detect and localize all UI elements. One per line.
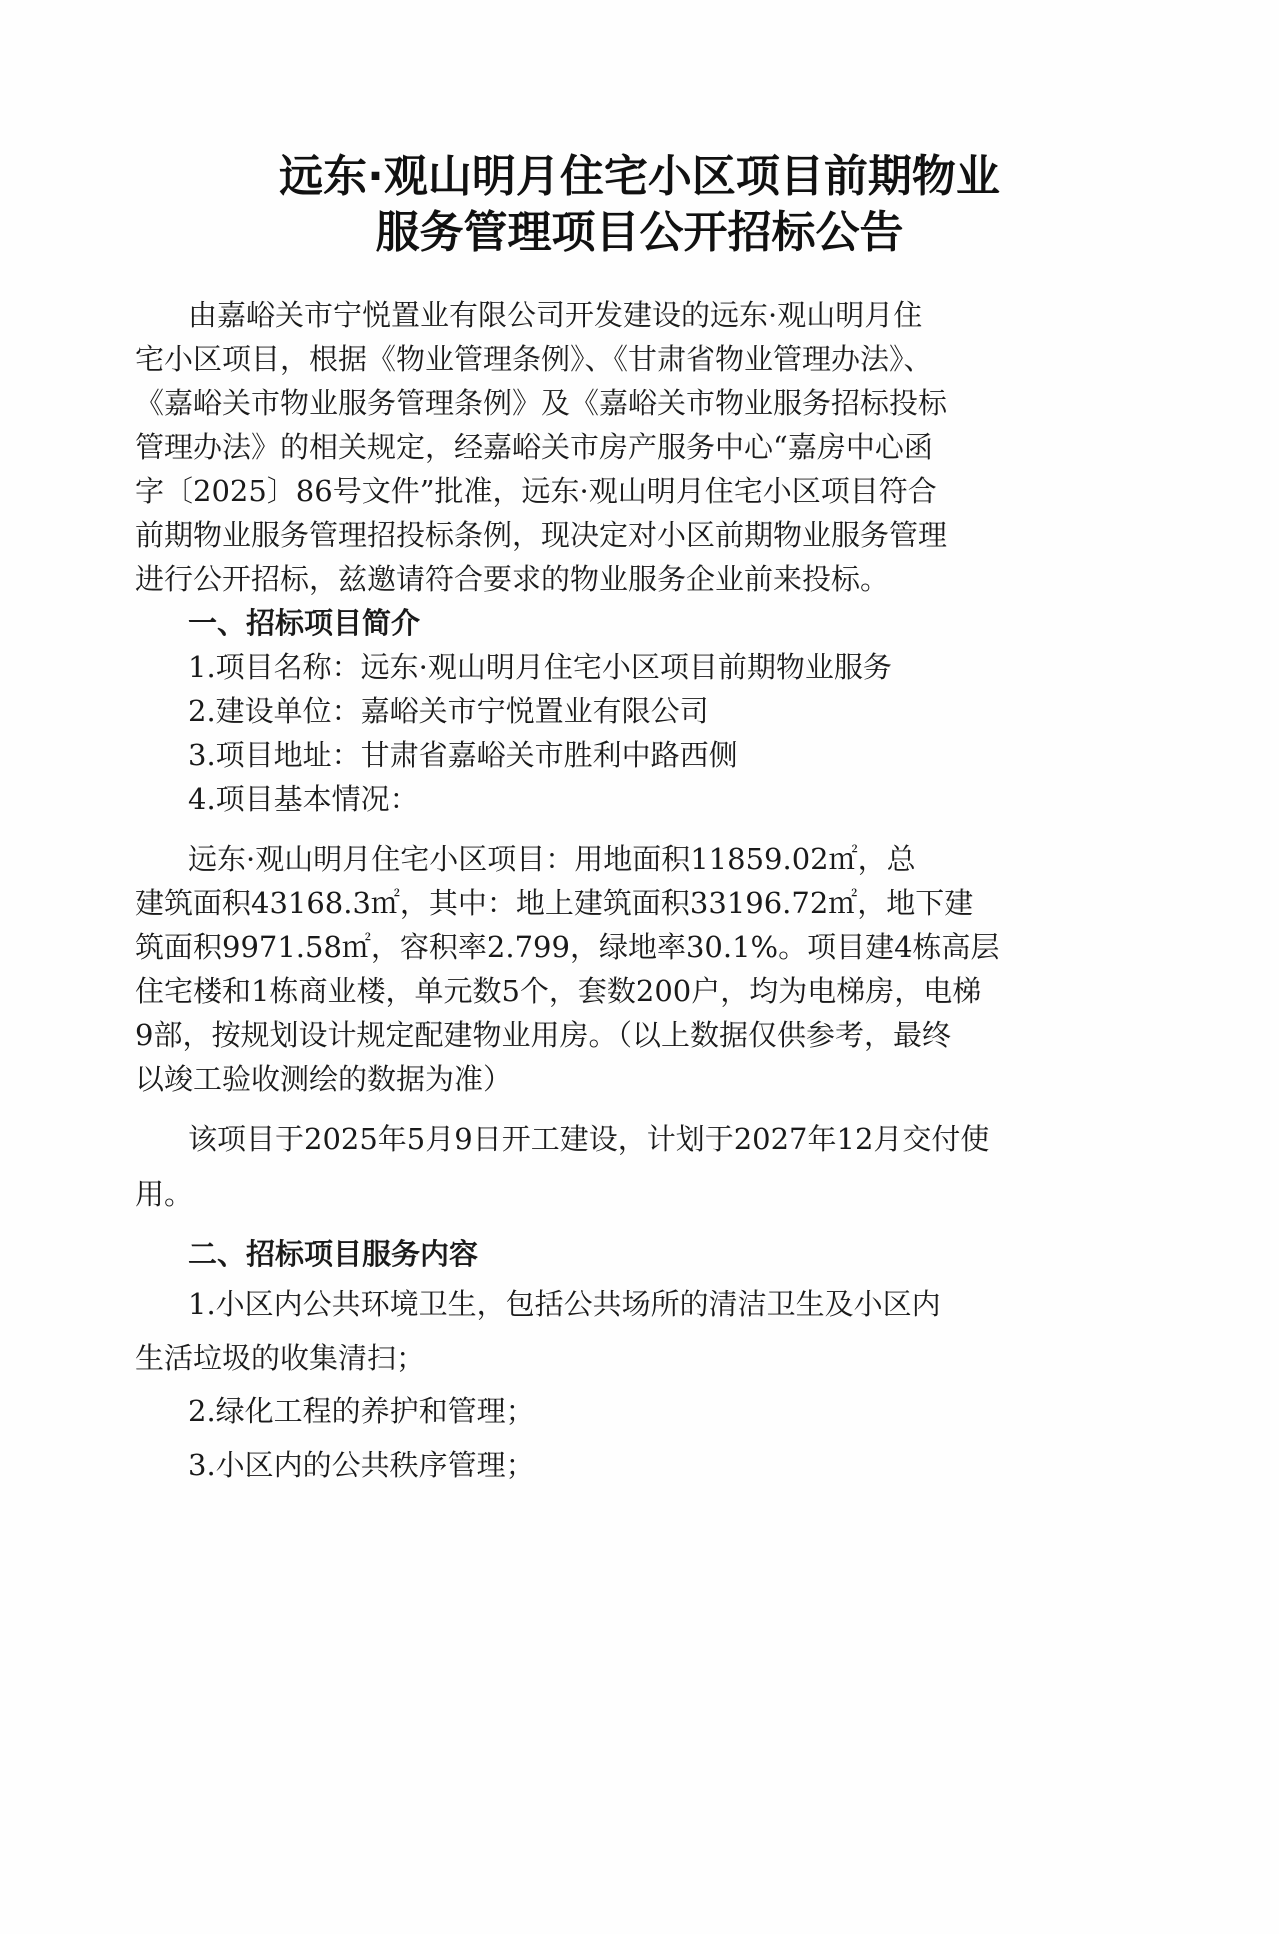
service-item-line: 1.小区内公共环境卫生，包括公共场所的清洁卫生及小区内	[188, 1282, 910, 1326]
basic-info-line: 建筑面积43168.3㎡，其中：地上建筑面积33196.72㎡，地下建	[135, 881, 910, 925]
intro-line: 宅小区项目，根据《物业管理条例》、《甘肃省物业管理办法》、	[135, 337, 910, 381]
intro-line: 管理办法》的相关规定，经嘉峪关市房产服务中心“嘉房中心函	[135, 425, 910, 469]
intro-line: 前期物业服务管理招投标条例，现决定对小区前期物业服务管理	[135, 513, 910, 557]
basic-info-line: 远东·观山明月住宅小区项目：用地面积11859.02㎡，总	[188, 837, 910, 881]
service-item-line: 3.小区内的公共秩序管理；	[188, 1443, 910, 1487]
builder-item: 2.建设单位：嘉峪关市宁悦置业有限公司	[188, 689, 910, 733]
basic-info-label: 4.项目基本情况：	[188, 777, 910, 821]
service-item-line: 2.绿化工程的养护和管理；	[188, 1389, 910, 1433]
schedule-line: 用。	[135, 1172, 910, 1216]
document-page: 远东·观山明月住宅小区项目前期物业 服务管理项目公开招标公告 由嘉峪关市宁悦置业…	[0, 0, 1279, 1934]
service-item-line: 生活垃圾的收集清扫；	[135, 1336, 910, 1380]
section-2-heading: 二、招标项目服务内容	[188, 1232, 910, 1276]
intro-line: 由嘉峪关市宁悦置业有限公司开发建设的远东·观山明月住	[188, 293, 910, 337]
basic-info-line: 住宅楼和1栋商业楼，单元数5个，套数200户，均为电梯房，电梯	[135, 969, 910, 1013]
document-title-line-2: 服务管理项目公开招标公告	[0, 196, 1279, 260]
basic-info-line: 9部，按规划设计规定配建物业用房。（以上数据仅供参考，最终	[135, 1013, 910, 1057]
basic-info-line: 以竣工验收测绘的数据为准）	[135, 1057, 910, 1101]
address-item: 3.项目地址：甘肃省嘉峪关市胜利中路西侧	[188, 733, 910, 777]
intro-line: 字〔2025〕86号文件”批准，远东·观山明月住宅小区项目符合	[135, 469, 910, 513]
section-1-heading: 一、招标项目简介	[188, 601, 910, 645]
basic-info-line: 筑面积9971.58㎡，容积率2.799，绿地率30.1%。项目建4栋高层	[135, 925, 910, 969]
document-title-line-1: 远东·观山明月住宅小区项目前期物业	[0, 140, 1279, 204]
intro-line: 《嘉峪关市物业服务管理条例》及《嘉峪关市物业服务招标投标	[135, 381, 910, 425]
project-name-item: 1.项目名称：远东·观山明月住宅小区项目前期物业服务	[188, 645, 910, 689]
schedule-line: 该项目于2025年5月9日开工建设，计划于2027年12月交付使	[188, 1117, 910, 1161]
intro-line: 进行公开招标，兹邀请符合要求的物业服务企业前来投标。	[135, 557, 910, 601]
